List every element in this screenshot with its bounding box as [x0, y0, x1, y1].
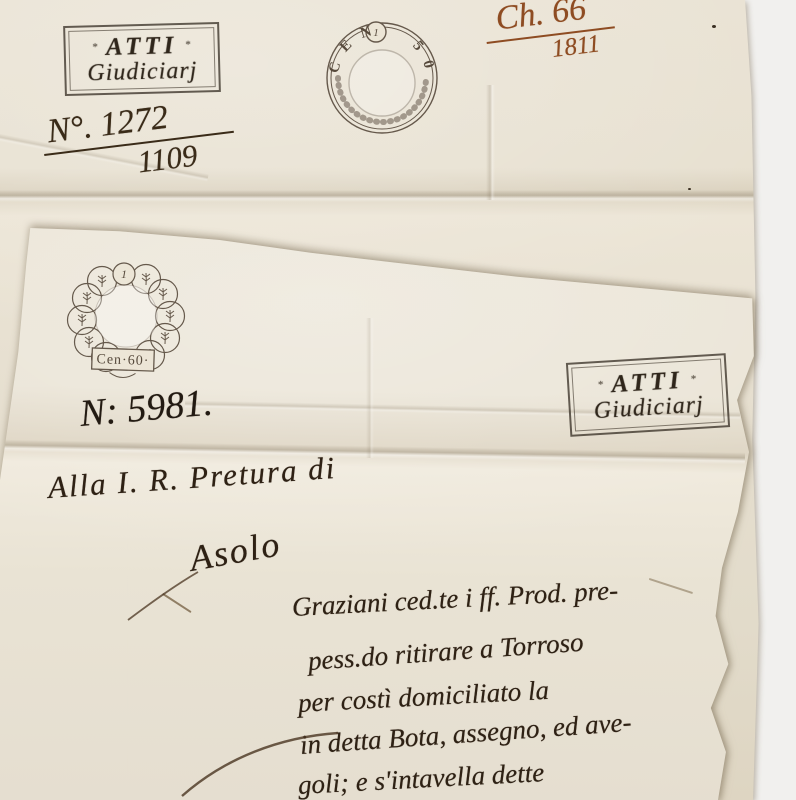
- front-sheet-shadow: 1 Cen·60· * ATTI * Giudiciarj: [0, 0, 796, 800]
- flourish-stroke: [182, 733, 338, 796]
- front-paper-sheet: 1 Cen·60· * ATTI * Giudiciarj: [0, 0, 796, 800]
- pen-flourishes: [0, 0, 796, 800]
- scanned-documents: * ATTI * Giudiciarj C E N: [0, 0, 796, 800]
- flourish-stroke: [128, 572, 198, 620]
